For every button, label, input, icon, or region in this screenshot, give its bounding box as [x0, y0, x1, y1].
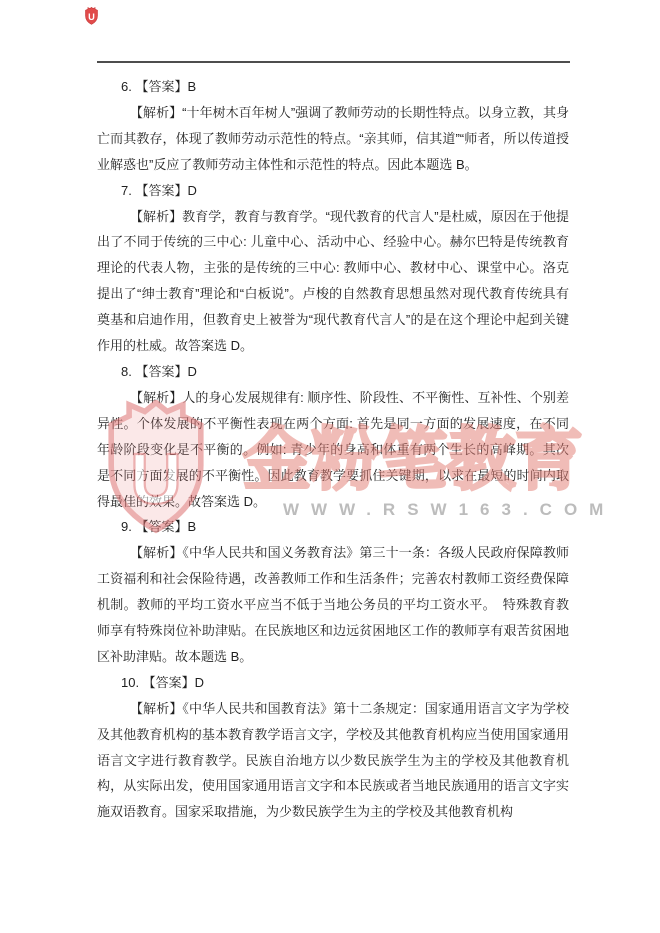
answer-line-10: 10. 【答案】D: [97, 670, 569, 696]
analysis-paragraph-7: 【解析】教育学，教育与教育学。“现代教育的代言人”是杜威，原因在于他提出了不同于…: [97, 204, 569, 359]
analysis-paragraph-8: 【解析】人的身心发展规律有: 顺序性、阶段性、不平衡性、互补性、个别差异性。个体…: [97, 385, 569, 515]
document-page: U 6. 【答案】B 【解析】“十年树木百年树人”强调了教师劳动的长期性特点。以…: [0, 0, 660, 933]
corner-logo-letter: U: [88, 12, 95, 22]
corner-logo-icon: U: [84, 7, 99, 25]
answer-line-9: 9. 【答案】B: [97, 514, 569, 540]
analysis-paragraph-9: 【解析】《中华人民共和国义务教育法》第三十一条：各级人民政府保障教师工资福利和社…: [97, 540, 569, 670]
header-rule: [97, 61, 570, 63]
analysis-paragraph-6: 【解析】“十年树木百年树人”强调了教师劳动的长期性特点。以身立教，其身亡而其教存…: [97, 100, 569, 178]
document-content: 6. 【答案】B 【解析】“十年树木百年树人”强调了教师劳动的长期性特点。以身立…: [97, 74, 569, 825]
answer-line-6: 6. 【答案】B: [97, 74, 569, 100]
answer-line-8: 8. 【答案】D: [97, 359, 569, 385]
analysis-paragraph-10: 【解析】《中华人民共和国教育法》第十二条规定：国家通用语言文字为学校及其他教育机…: [97, 696, 569, 826]
answer-line-7: 7. 【答案】D: [97, 178, 569, 204]
